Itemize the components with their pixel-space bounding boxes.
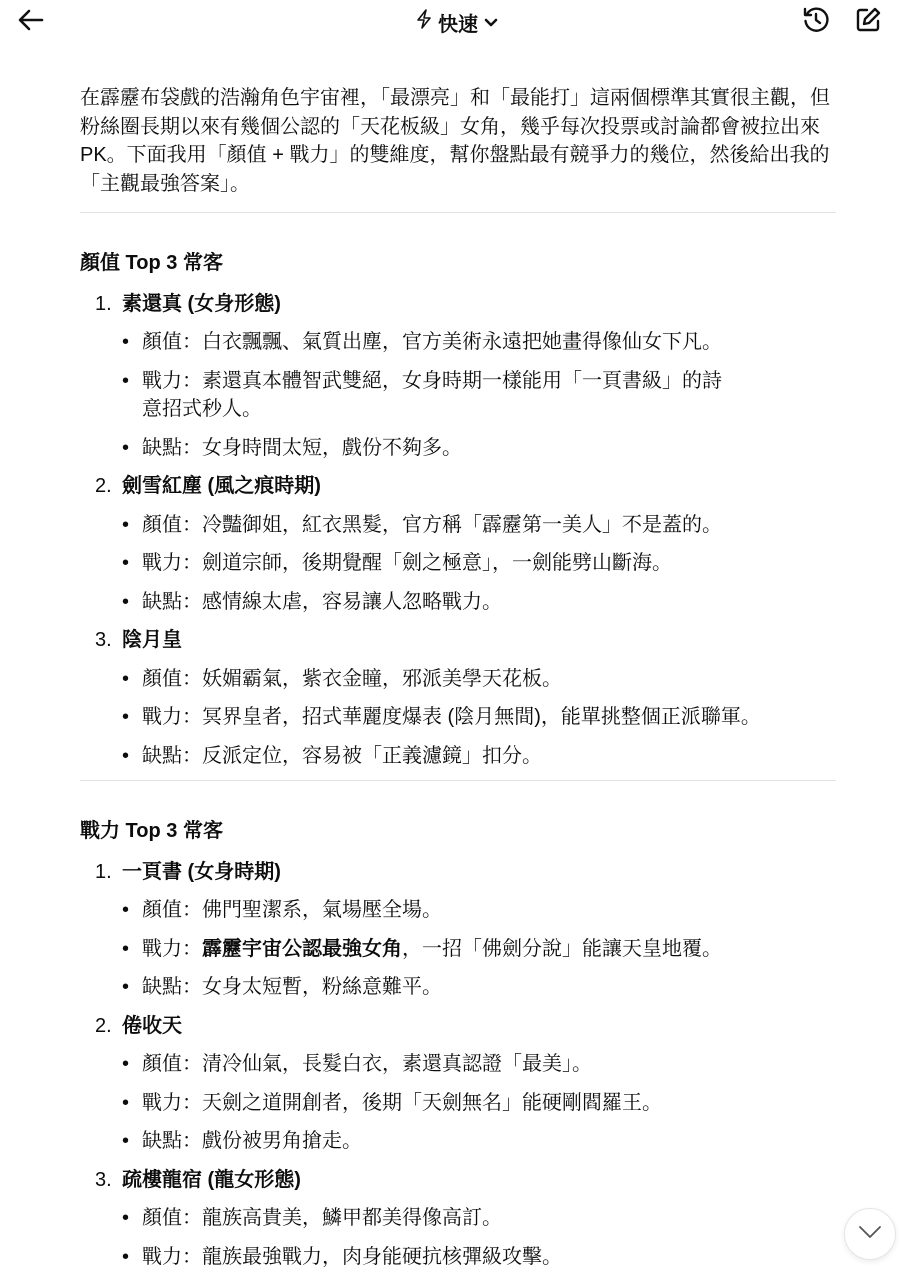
bullet-point: •戰力：天劍之道開創者，後期「天劍無名」能硬剛閻羅王。 — [80, 1089, 836, 1118]
bullet-point: •顏值：龍族高貴美，鱗甲都美得像高訂。 — [80, 1204, 836, 1233]
section-title: 戰力 Top 3 常客 — [80, 817, 836, 846]
bullet-point: •顏值：佛門聖潔系，氣場壓全場。 — [80, 896, 836, 925]
bullet-point: •缺點：反派定位，容易被「正義濾鏡」扣分。 — [80, 742, 836, 771]
bullet-point: •缺點：女身太短暫，粉絲意難平。 — [80, 973, 836, 1002]
list-item: 3.陰月皇 •顏值：妖媚霸氣，紫衣金瞳，邪派美學天花板。 •戰力：冥界皇者，招式… — [80, 626, 836, 770]
bullet-point: •缺點：戲份被男角搶走。 — [80, 1127, 836, 1156]
assistant-message: 在霹靂布袋戲的浩瀚角色宇宙裡，「最漂亮」和「最能打」這兩個標準其實很主觀，但粉絲… — [80, 84, 836, 1280]
rank-number: 1. — [95, 858, 122, 887]
character-name: 陰月皇 — [122, 626, 182, 655]
ranked-list: 1.素還真 (女身形態) •顏值：白衣飄飄、氣質出塵，官方美術永遠把她畫得像仙女… — [80, 290, 836, 771]
section-power: 戰力 Top 3 常客 1.一頁書 (女身時期) •顏值：佛門聖潔系，氣場壓全場… — [80, 817, 836, 1271]
chevron-down-icon — [484, 11, 498, 34]
model-selector[interactable]: 快速 — [397, 8, 517, 36]
bullet-point: •缺點：女身時間太短，戲份不夠多。 — [80, 434, 836, 463]
list-item: 2.劍雪紅塵 (風之痕時期) •顏值：冷豔御姐，紅衣黑髮，官方稱「霹靂第一美人」… — [80, 472, 836, 616]
model-label: 快速 — [438, 8, 478, 37]
bullet-point: •缺點：感情線太虐，容易讓人忽略戰力。 — [80, 588, 836, 617]
bullet-point: •顏值：冷豔御姐，紅衣黑髮，官方稱「霹靂第一美人」不是蓋的。 — [80, 511, 836, 540]
list-item: 1.一頁書 (女身時期) •顏值：佛門聖潔系，氣場壓全場。 •戰力：霹靂宇宙公認… — [80, 858, 836, 1002]
history-button[interactable] — [800, 6, 832, 38]
rank-number: 3. — [95, 1166, 122, 1195]
list-item: 2.倦收天 •顏值：清冷仙氣，長髮白衣，素還真認證「最美」。 •戰力：天劍之道開… — [80, 1012, 836, 1156]
lightning-icon — [416, 9, 432, 35]
new-chat-button[interactable] — [852, 6, 884, 38]
arrow-left-icon — [18, 9, 44, 36]
character-name: 劍雪紅塵 (風之痕時期) — [122, 472, 321, 501]
ranked-list: 1.一頁書 (女身時期) •顏值：佛門聖潔系，氣場壓全場。 •戰力：霹靂宇宙公認… — [80, 858, 836, 1272]
character-name: 一頁書 (女身時期) — [122, 858, 281, 887]
bullet-point: •戰力：劍道宗師，後期覺醒「劍之極意」，一劍能劈山斷海。 — [80, 549, 836, 578]
bullet-point: •戰力：龍族最強戰力，肉身能硬抗核彈級攻擊。 — [80, 1243, 836, 1272]
bullet-point: •戰力：霹靂宇宙公認最強女角，一招「佛劍分說」能讓天皇地覆。 — [80, 935, 836, 964]
rank-number: 1. — [95, 290, 122, 319]
character-name: 素還真 (女身形態) — [122, 290, 281, 319]
rank-number: 3. — [95, 626, 122, 655]
section-looks: 顏值 Top 3 常客 1.素還真 (女身形態) •顏值：白衣飄飄、氣質出塵，官… — [80, 249, 836, 770]
character-name: 倦收天 — [122, 1012, 182, 1041]
top-bar: 快速 — [0, 0, 914, 44]
bullet-point: •顏值：妖媚霸氣，紫衣金瞳，邪派美學天花板。 — [80, 665, 836, 694]
edit-icon — [854, 6, 882, 39]
divider — [80, 212, 836, 213]
bullet-point: •戰力：冥界皇者，招式華麗度爆表 (陰月無間)，能單挑整個正派聯軍。 — [80, 703, 836, 732]
chevron-down-icon — [858, 1225, 882, 1244]
section-title: 顏值 Top 3 常客 — [80, 249, 836, 278]
scroll-to-bottom-button[interactable] — [844, 1208, 896, 1260]
divider — [80, 780, 836, 781]
rank-number: 2. — [95, 1012, 122, 1041]
bullet-point: •顏值：清冷仙氣，長髮白衣，素還真認證「最美」。 — [80, 1050, 836, 1079]
back-button[interactable] — [14, 6, 48, 38]
history-icon — [802, 6, 830, 39]
bullet-point: •戰力：素還真本體智武雙絕，女身時期一樣能用「一頁書級」的詩意招式秒人。 — [80, 367, 836, 424]
list-item: 1.素還真 (女身形態) •顏值：白衣飄飄、氣質出塵，官方美術永遠把她畫得像仙女… — [80, 290, 836, 463]
intro-paragraph: 在霹靂布袋戲的浩瀚角色宇宙裡，「最漂亮」和「最能打」這兩個標準其實很主觀，但粉絲… — [80, 84, 836, 198]
character-name: 疏樓龍宿 (龍女形態) — [122, 1166, 301, 1195]
bullet-point: •顏值：白衣飄飄、氣質出塵，官方美術永遠把她畫得像仙女下凡。 — [80, 328, 836, 357]
list-item: 3.疏樓龍宿 (龍女形態) •顏值：龍族高貴美，鱗甲都美得像高訂。 •戰力：龍族… — [80, 1166, 836, 1272]
rank-number: 2. — [95, 472, 122, 501]
